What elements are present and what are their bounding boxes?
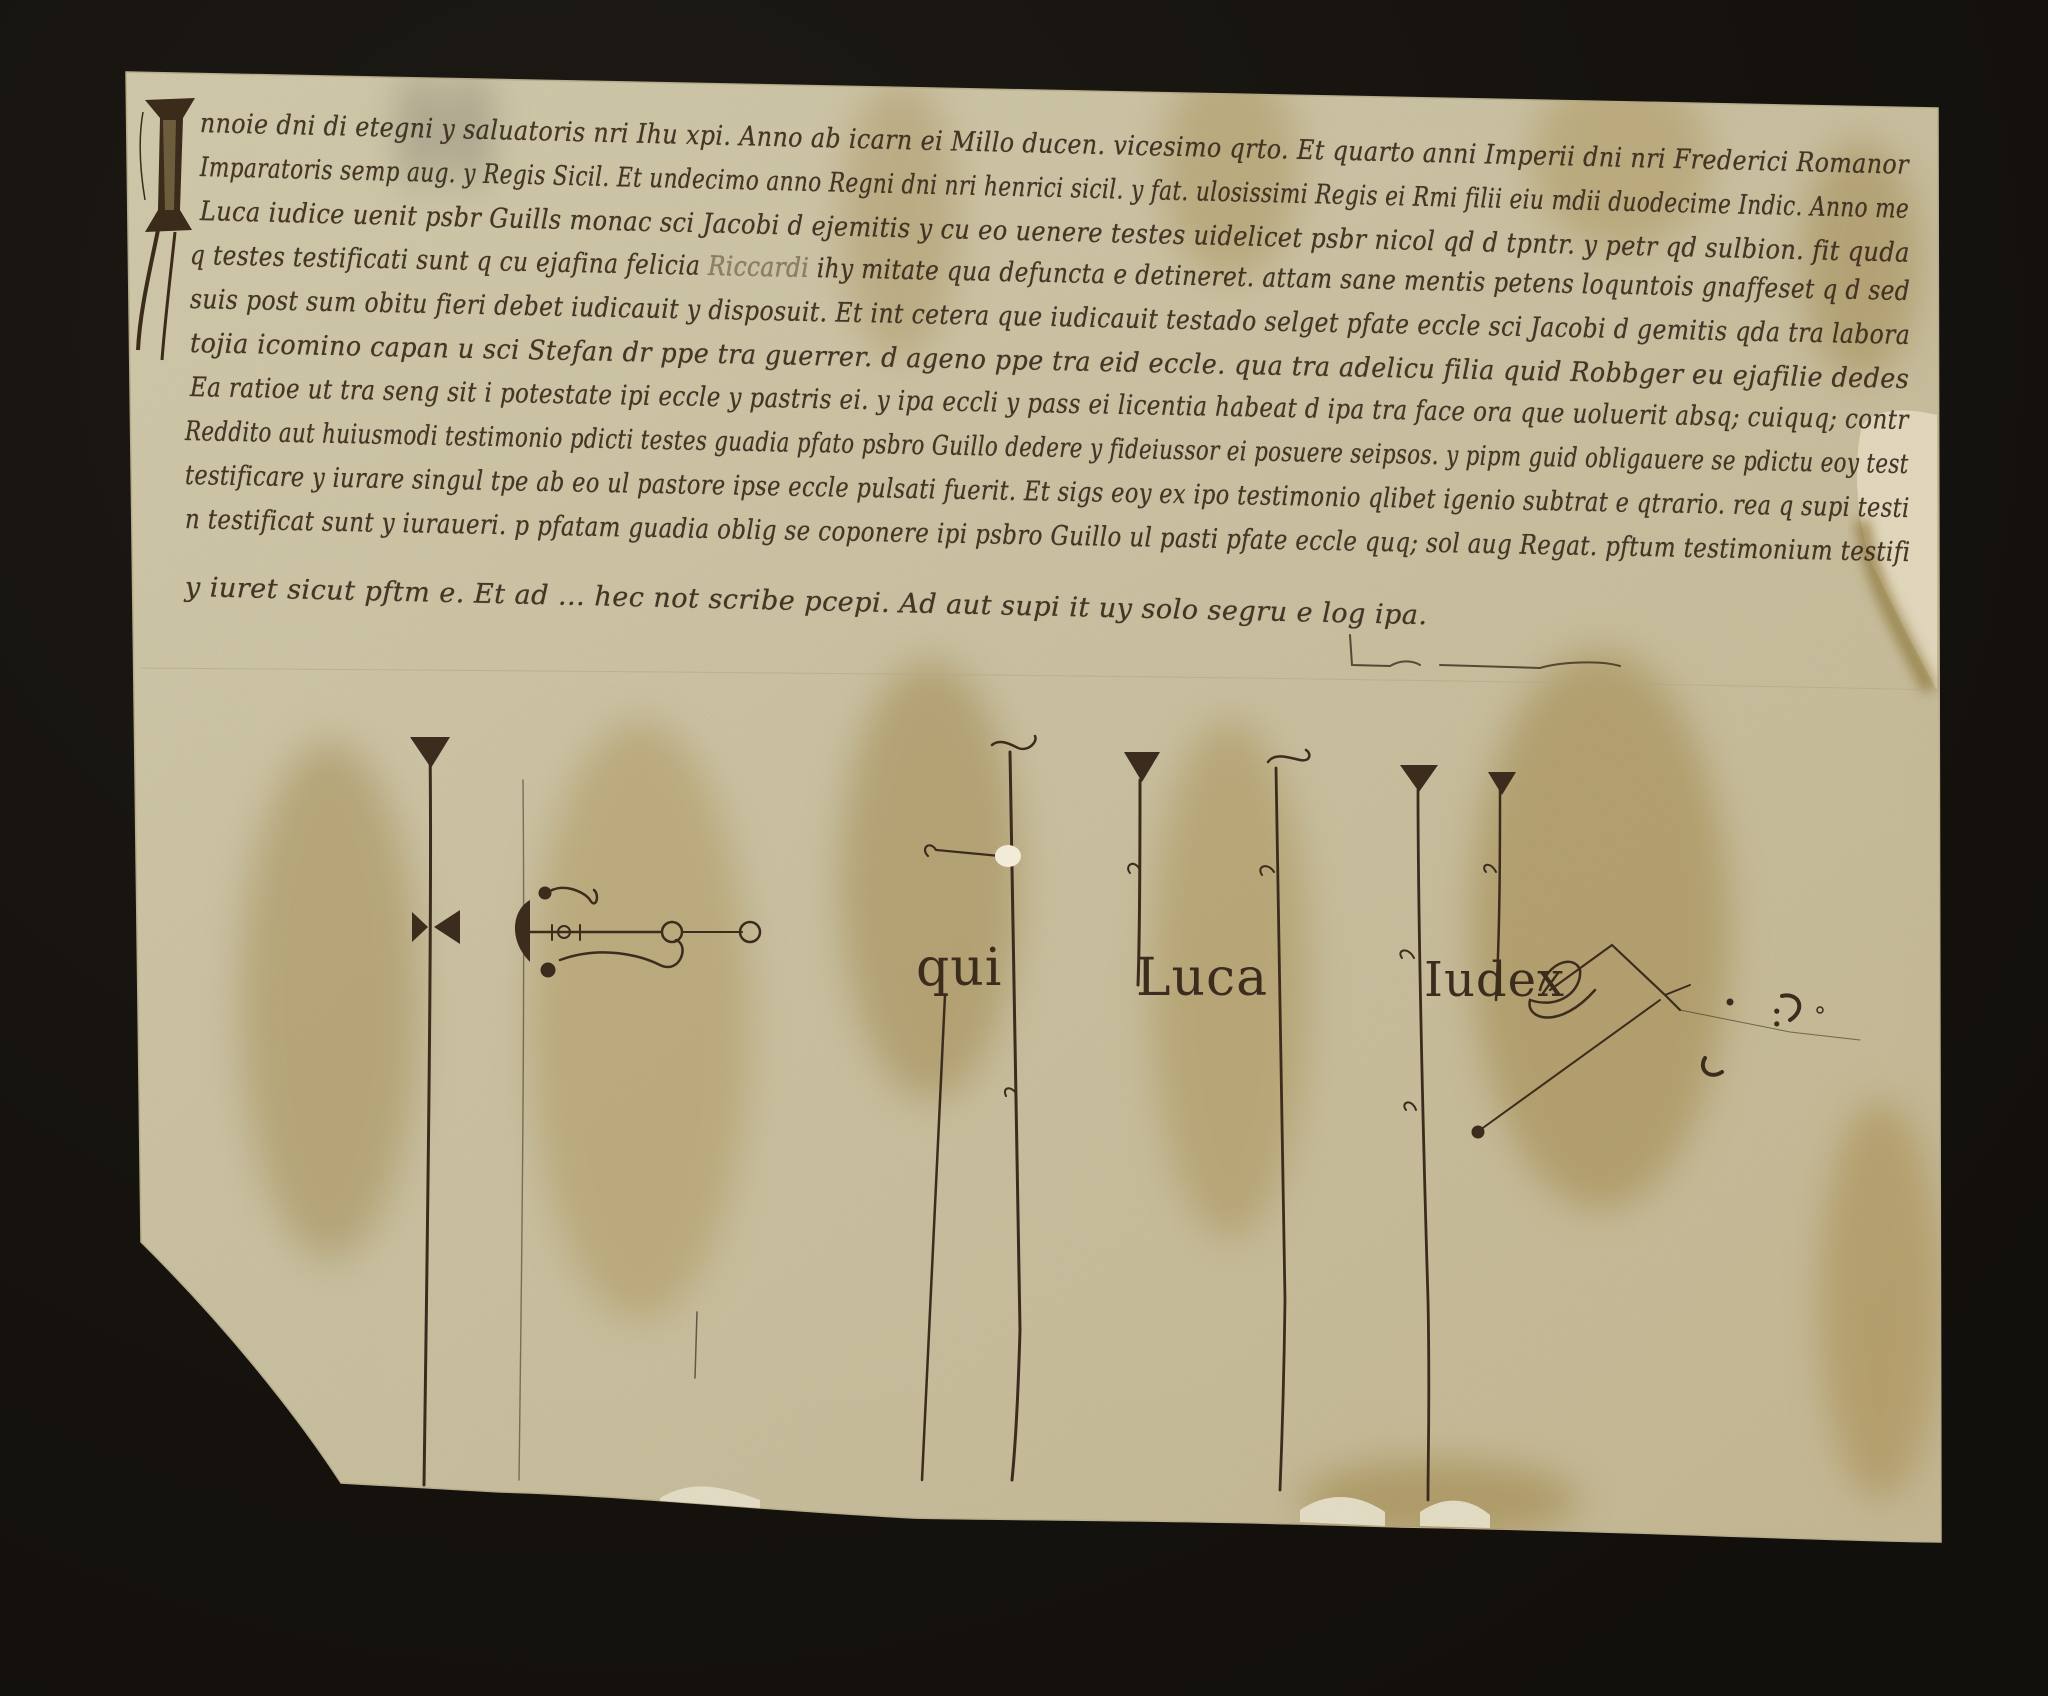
signature-luca: Luca bbox=[1136, 948, 1268, 1008]
signature-qui: qui bbox=[916, 938, 1002, 998]
trailing-colon-mark: : bbox=[1770, 990, 1783, 1036]
rubric-name-riccardi: Riccardi bbox=[708, 251, 810, 284]
signature-iudex: Iudex bbox=[1424, 952, 1565, 1008]
